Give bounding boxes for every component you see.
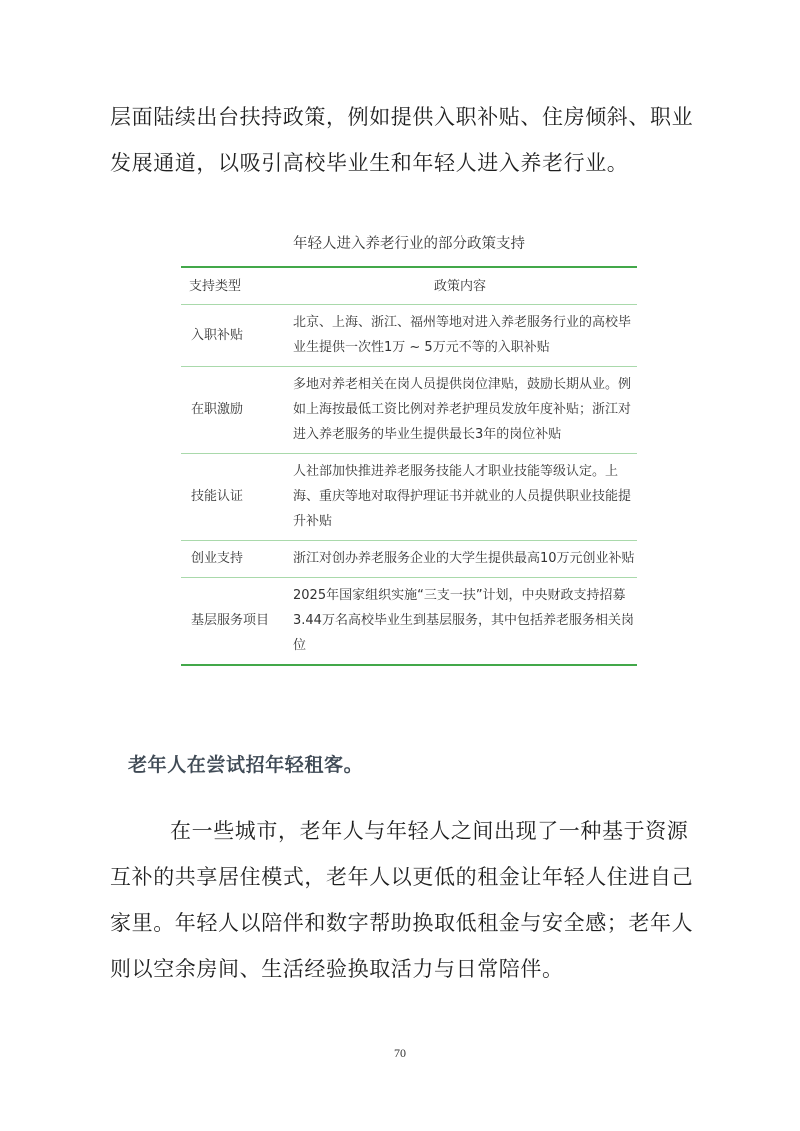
header-support-type: 支持类型 <box>181 267 283 305</box>
row-type: 基层服务项目 <box>181 578 283 666</box>
row-type: 入职补贴 <box>181 305 283 367</box>
intro-paragraph: 层面陆续出台扶持政策，例如提供入职补贴、住房倾斜、职业发展通道，以吸引高校毕业生… <box>110 94 696 186</box>
policy-table: 支持类型 政策内容 入职补贴 北京、上海、浙江、福州等地对进入养老服务行业的高校… <box>181 266 637 666</box>
table-header-row: 支持类型 政策内容 <box>181 267 637 305</box>
table-row: 创业支持 浙江对创办养老服务企业的大学生提供最高10万元创业补贴 <box>181 541 637 578</box>
row-content: 人社部加快推进养老服务技能人才职业技能等级认定。上海、重庆等地对取得护理证书并就… <box>283 454 637 541</box>
row-type: 在职激励 <box>181 367 283 454</box>
row-content: 多地对养老相关在岗人员提供岗位津贴，鼓励长期从业。例如上海按最低工资比例对养老护… <box>283 367 637 454</box>
row-content: 浙江对创办养老服务企业的大学生提供最高10万元创业补贴 <box>283 541 637 578</box>
row-type: 技能认证 <box>181 454 283 541</box>
table-row: 基层服务项目 2025年国家组织实施“三支一扶”计划，中央财政支持招募3.44万… <box>181 578 637 666</box>
row-type: 创业支持 <box>181 541 283 578</box>
table-row: 技能认证 人社部加快推进养老服务技能人才职业技能等级认定。上海、重庆等地对取得护… <box>181 454 637 541</box>
table-title: 年轻人进入养老行业的部分政策支持 <box>181 232 637 253</box>
row-content: 北京、上海、浙江、福州等地对进入养老服务行业的高校毕业生提供一次性1万 ~ 5万… <box>283 305 637 367</box>
section-heading: 老年人在尝试招年轻租客。 <box>128 750 363 777</box>
table-row: 在职激励 多地对养老相关在岗人员提供岗位津贴，鼓励长期从业。例如上海按最低工资比… <box>181 367 637 454</box>
row-content: 2025年国家组织实施“三支一扶”计划，中央财政支持招募3.44万名高校毕业生到… <box>283 578 637 666</box>
body-paragraph-text: 在一些城市，老年人与年轻人之间出现了一种基于资源互补的共享居住模式，老年人以更低… <box>110 819 693 981</box>
header-policy-content: 政策内容 <box>283 267 637 305</box>
table-row: 入职补贴 北京、上海、浙江、福州等地对进入养老服务行业的高校毕业生提供一次性1万… <box>181 305 637 367</box>
body-paragraph: 在一些城市，老年人与年轻人之间出现了一种基于资源互补的共享居住模式，老年人以更低… <box>110 808 696 992</box>
page-number: 70 <box>0 1046 800 1061</box>
